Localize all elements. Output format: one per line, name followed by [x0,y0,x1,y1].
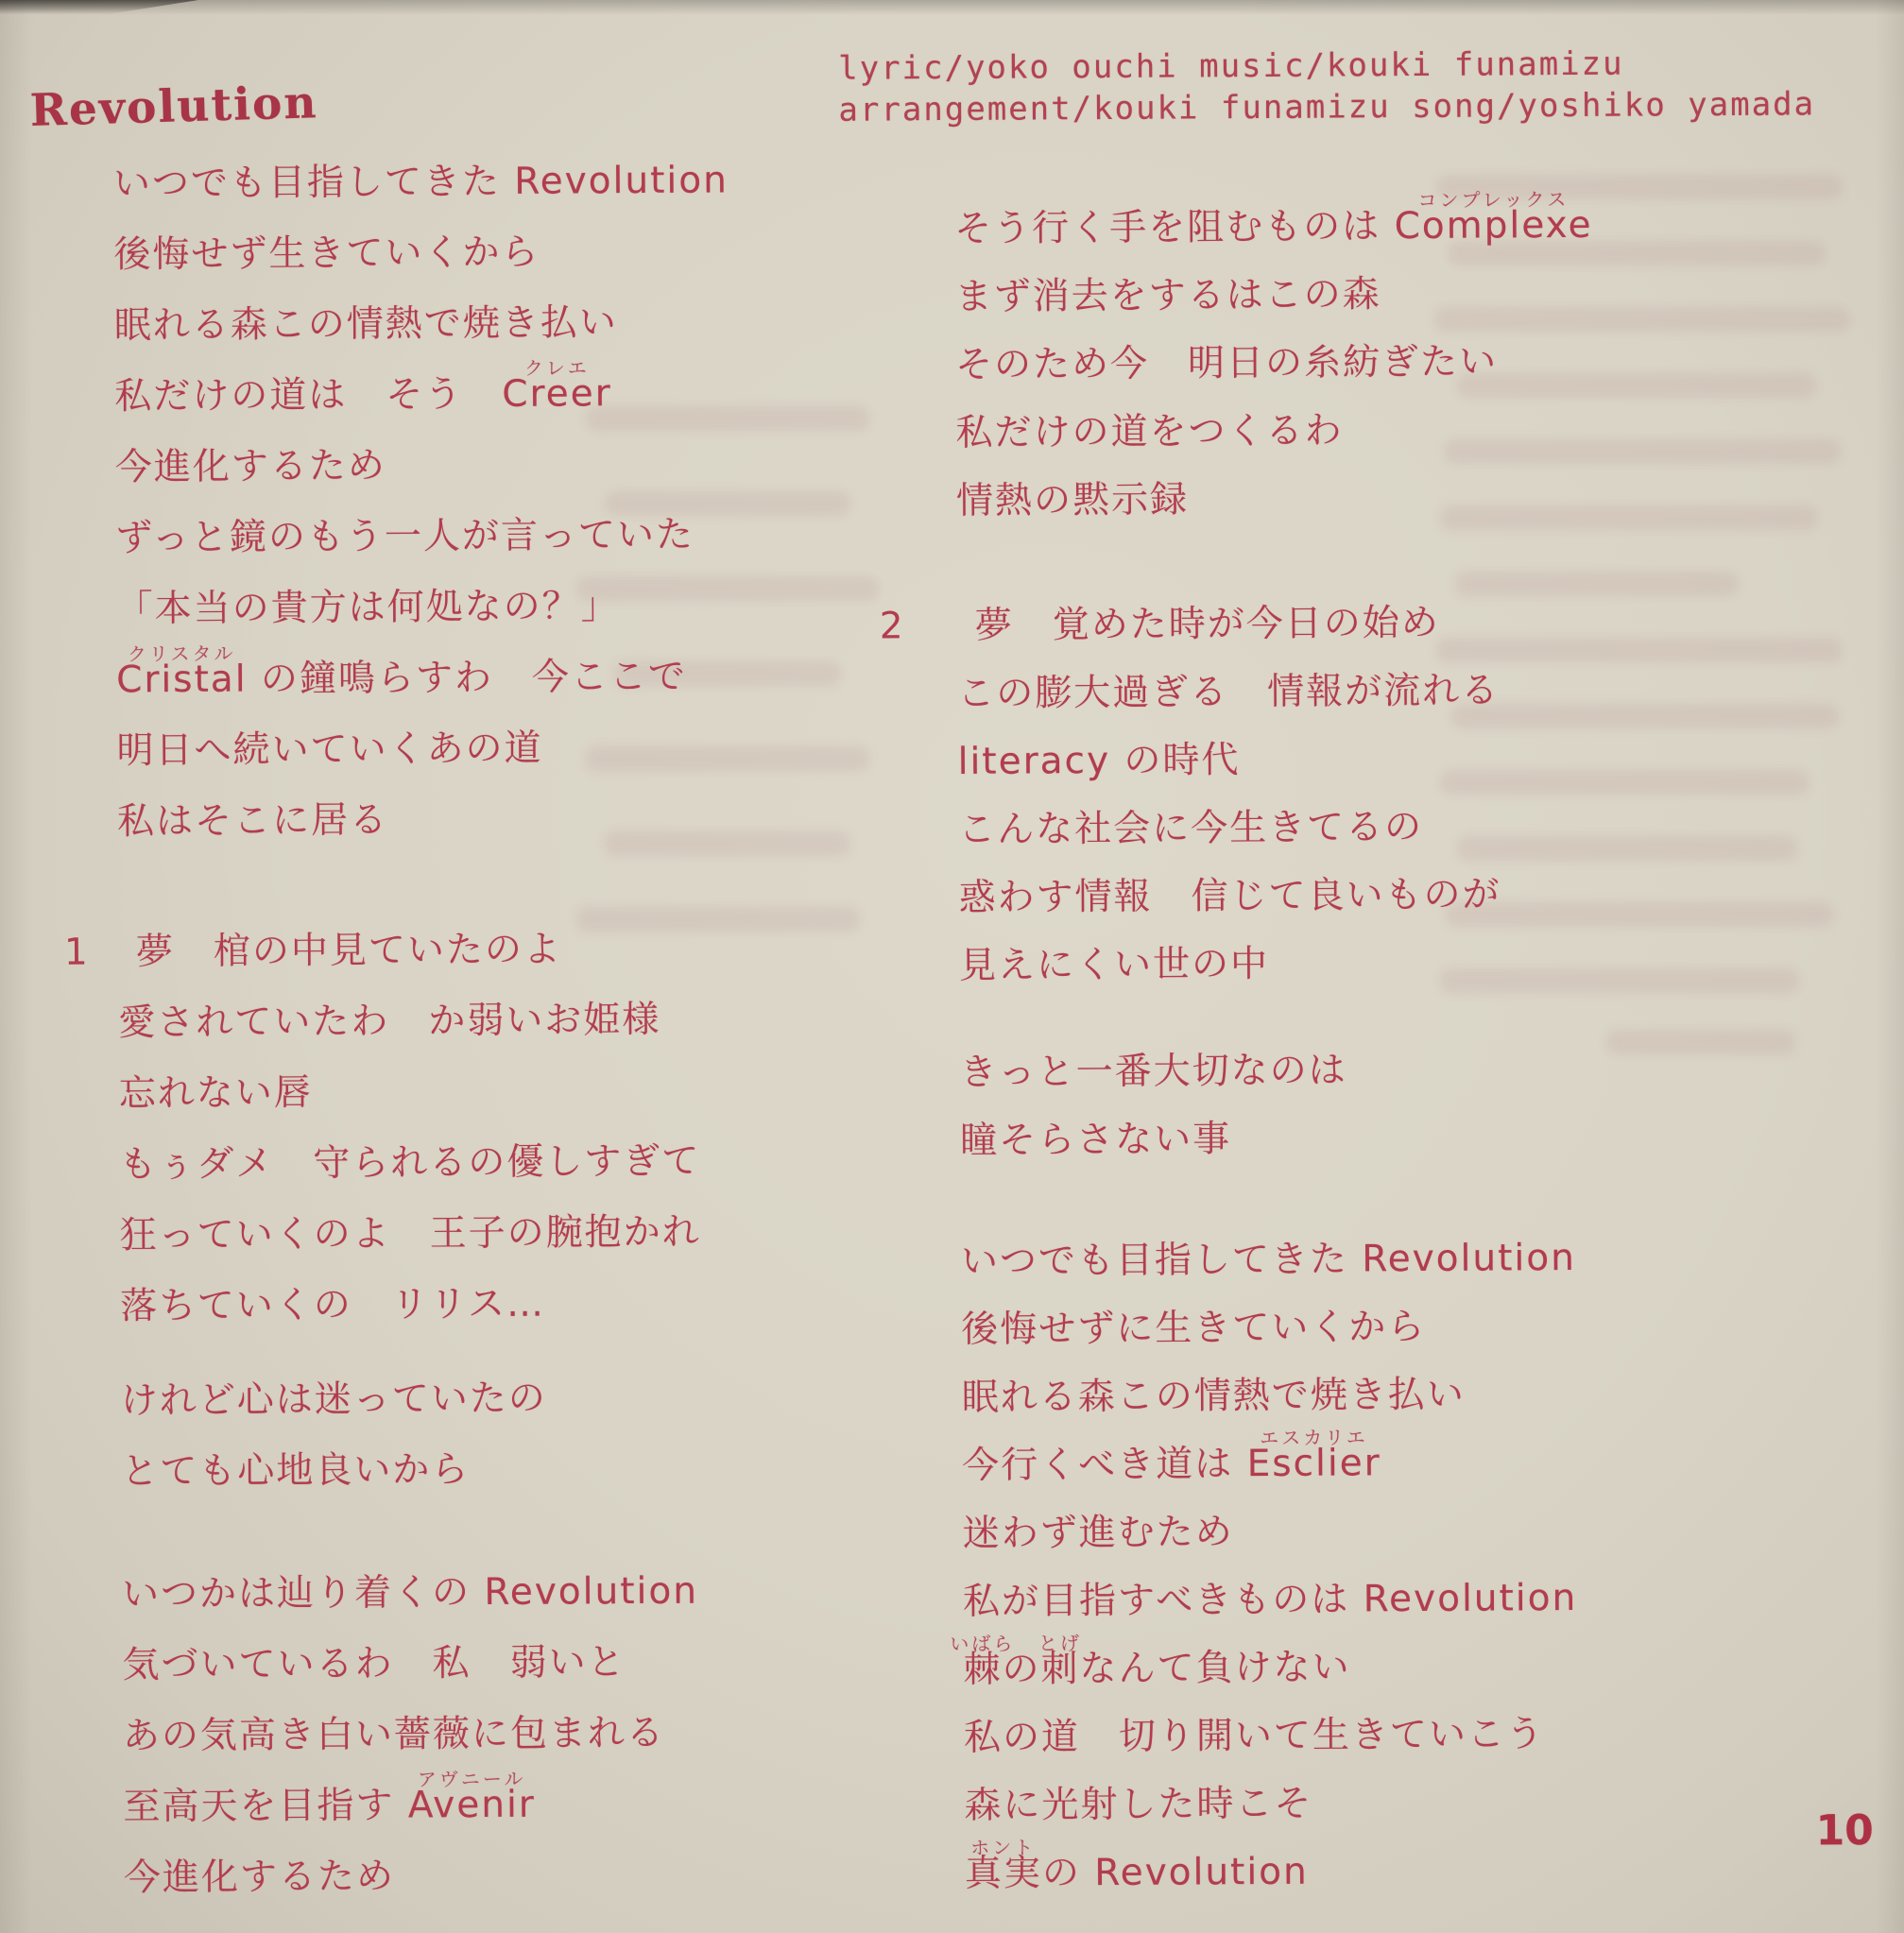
lyric-line: いつでも目指してきた Revolution [113,144,926,219]
lyric-line: 真実ホントの Revolution [965,1835,1844,1908]
lyric-line: 私の道 切り開いて生きていこう [964,1699,1843,1772]
lyrics-stanza: いつでも目指してきた Revolution後悔せず生きていくから眠れる森この情熱… [113,144,931,857]
booklet-page: Revolution lyric/yoko ouchi music/kouki … [0,0,1904,1933]
lyric-line: きっと一番大切なのは [959,1034,1838,1107]
lyric-line: 迷わず進むため [962,1495,1841,1568]
lyrics-stanza: そう行く手を阻むものは Complexeコンプレックスまず消去をするはこの森その… [954,190,1835,536]
ruby-base: 真実ホント [965,1852,1042,1895]
lyric-line: もぅダメ 守られるの優しすぎて [119,1124,932,1200]
lyric-line: 私だけの道をつくるわ [955,394,1834,468]
lyric-line: そのため今 明日の糸紡ぎたい [955,326,1834,400]
lyric-line: 愛されていたわ か弱いお姫様 [118,983,931,1058]
lyric-line: 後悔せずに生きていくから [961,1291,1840,1364]
lyric-line: けれど心は迷っていたの [121,1360,934,1436]
lyric-line: 眠れる森この情熱で焼き払い [114,285,927,361]
song-title: Revolution [29,77,318,137]
lyrics-stanza: 2夢 覚めた時が今日の始めこの膨大過ぎる 情報が流れるliteracy の時代こ… [957,587,1839,1001]
ruby-annotation: コンプレックス [1417,190,1569,210]
lyrics-stanza: 1夢 棺の中見ていたのよ愛されていたわ か弱いお姫様忘れない唇もぅダメ 守られる… [118,912,934,1342]
lyric-line: 私が目指すべきものは Revolution [963,1563,1842,1636]
lyric-line: 狂っていくのよ 王子の腕抱かれ [119,1195,932,1271]
credits: lyric/yoko ouchi music/kouki funamizu ar… [838,42,1815,130]
lyric-line: 明日へ続いていくあの道 [116,710,929,786]
lyric-line: 瞳そらさない事 [960,1102,1839,1175]
lyric-line: 忘れない唇 [119,1053,932,1129]
lyrics-stanza: きっと一番大切なのは瞳そらさない事 [959,1034,1839,1175]
ruby-annotation: クレエ [524,358,590,377]
lyric-line: そう行く手を阻むものは Complexeコンプレックス [954,190,1833,264]
lyric-line: いつでも目指してきた Revolution [961,1223,1840,1296]
ruby-base: Creerクレエ [502,372,612,416]
ruby-base: Avenirアヴニール [408,1784,536,1827]
lyric-line: こんな社会に今生きてるの [958,791,1837,864]
credits-line-2: arrangement/kouki funamizu song/yoshiko … [838,83,1815,130]
lyric-line: 後悔せず生きていくから [113,214,926,290]
lyric-line: 夢 棺の中見ていたのよ [118,912,931,987]
ruby-annotation: アヴニール [418,1770,526,1789]
lyric-line: 森に光射した時こそ [964,1767,1843,1840]
ruby-annotation: エスカリエ [1260,1428,1368,1447]
lyrics-stanza: いつでも目指してきた Revolution後悔せずに生きていくから眠れる森この情… [961,1223,1844,1908]
lyric-line: とても心地良いから [121,1431,934,1507]
ruby-base: Complexeコンプレックス [1394,204,1592,248]
lyrics-column-right: そう行く手を阻むものは Complexeコンプレックスまず消去をするはこの森その… [954,190,1844,1908]
ruby-base: 刺とげ [1040,1648,1079,1690]
lyrics-stanza: いつかは辿り着くの Revolution気づいているわ 私 弱いとあの気高き白い… [122,1554,936,1913]
ruby-base: Cristalクリスタル [116,659,248,702]
lyric-line: 私はそこに居る [117,781,930,857]
ruby-annotation: とげ [1038,1634,1082,1652]
stanza-number: 2 [880,592,905,660]
lyric-line: 至高天を目指す Avenirアヴニール [123,1767,935,1842]
lyrics-column-left: いつでも目指してきた Revolution後悔せず生きていくから眠れる森この情熱… [113,144,936,1913]
lyric-line: 眠れる森この情熱で焼き払い [962,1359,1841,1432]
lyric-line: 今行くべき道は Esclierエスカリエ [962,1427,1841,1500]
ruby-annotation: ホント [970,1838,1036,1856]
ruby-annotation: いばら [950,1634,1015,1653]
credits-line-1: lyric/yoko ouchi music/kouki funamizu [838,42,1815,89]
lyric-line: 私だけの道は そう Creerクレエ [114,356,927,432]
lyric-line: 惑わす情報 信じて良いものが [958,859,1837,932]
ruby-base: 棘いばら [963,1649,1002,1691]
ruby-annotation: クリスタル [128,644,236,664]
lyric-line: 情熱の黙示録 [956,462,1835,536]
lyric-line: 落ちていくの リリス… [120,1266,933,1342]
page-number: 10 [1815,1806,1874,1855]
printed-text-layer: Revolution lyric/yoko ouchi music/kouki … [0,0,1904,1933]
lyric-line: ずっと鏡のもう一人が言っていた [115,498,928,573]
stanza-number: 1 [64,917,90,988]
lyrics-stanza: けれど心は迷っていたのとても心地良いから [121,1360,935,1507]
lyric-line: 今進化するため [124,1838,936,1913]
lyric-line: まず消去をするはこの森 [954,258,1833,332]
lyric-line: 今進化するため [115,427,928,503]
lyric-line: あの気高き白い薔薇に包まれる [123,1696,935,1771]
lyric-line: 見えにくい世の中 [959,927,1838,1001]
lyric-line: literacy の時代 [957,723,1836,796]
ruby-base: Esclierエスカリエ [1246,1442,1381,1485]
lyric-line: Cristalクリスタル の鐘鳴らすわ 今ここで [116,640,929,715]
lyric-line: 「本当の貴方は何処なの？」 [115,569,928,644]
lyric-line: 夢 覚めた時が今日の始め [957,587,1836,660]
lyric-line: この膨大過ぎる 情報が流れる [957,655,1836,728]
lyric-line: いつかは辿り着くの Revolution [122,1554,935,1630]
lyric-line: 気づいているわ 私 弱いと [122,1625,935,1701]
lyric-line: 棘いばらの刺とげなんて負けない [963,1631,1842,1704]
